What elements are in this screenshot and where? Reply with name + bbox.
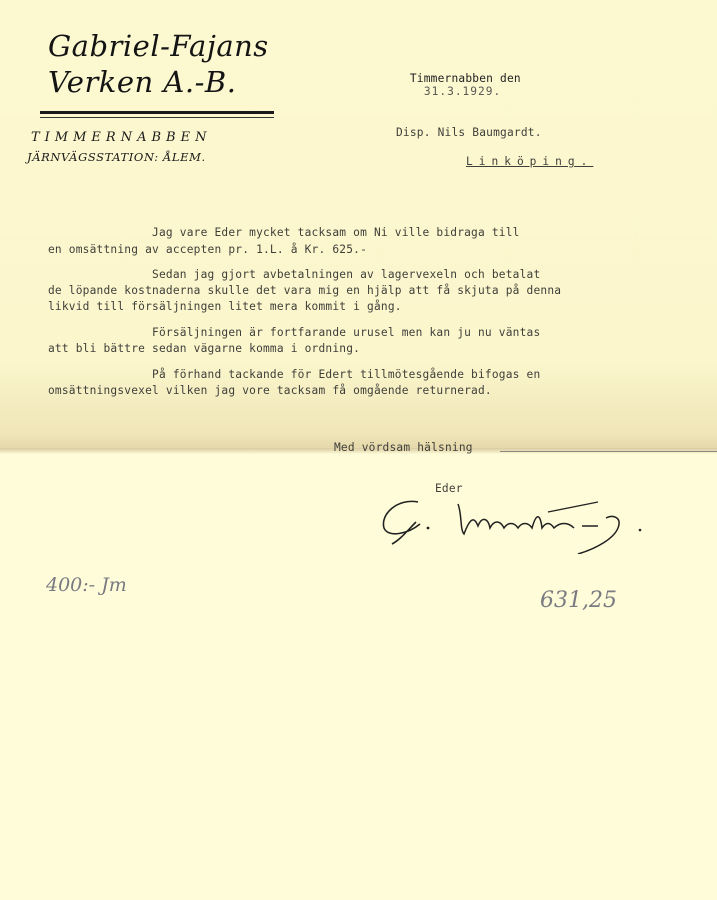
signature: G. Burmeister — [378, 494, 678, 554]
body-line: de löpande kostnaderna skulle det vara m… — [48, 284, 561, 297]
letter-date: 31.3.1929. — [424, 85, 501, 98]
body-line: att bli bättre sedan vägarne komma i ord… — [48, 342, 360, 355]
body-line: Sedan jag gjort avbetalningen av lagerve… — [48, 268, 540, 281]
body-line: en omsättning av accepten pr. 1.L. å Kr.… — [48, 243, 367, 256]
body-line: Jag vare Eder mycket tacksam om Ni ville… — [48, 226, 520, 239]
letterhead-rule-thin — [40, 117, 274, 118]
recipient-name: Disp. Nils Baumgardt. — [396, 126, 542, 139]
letterhead-location: TIMMERNABBEN — [31, 130, 211, 145]
pencil-note-left: 400:- Jm — [46, 574, 127, 596]
place-prefix: Timmernabben den — [410, 72, 521, 85]
signature-scribble-icon — [378, 494, 678, 554]
closing-salutation: Med vördsam hälsning — [334, 441, 473, 454]
salutation-trailing-line — [500, 451, 717, 452]
body-line: likvid till försäljningen litet mera kom… — [48, 300, 402, 313]
company-name-line1: Gabriel-Fajans — [48, 28, 280, 64]
body-line: På förhand tackande för Edert tillmötesg… — [48, 368, 540, 381]
letterhead-rule — [40, 111, 274, 114]
body-line: omsättningsvexel vilken jag vore tacksam… — [48, 384, 492, 397]
letterhead-station: JÄRNVÄGSSTATION: ÅLEM. — [27, 150, 206, 164]
body-line: Försäljningen är fortfarande urusel men … — [48, 326, 540, 339]
date-line: Timmernabben den 31.3.1929. — [396, 59, 521, 98]
letterhead: Gabriel-Fajans Verken A.-B. — [40, 28, 280, 100]
company-name-line2: Verken A.-B. — [48, 64, 280, 100]
pencil-note-right: 631,25 — [540, 588, 617, 613]
recipient-city: Linköping. — [466, 155, 593, 168]
